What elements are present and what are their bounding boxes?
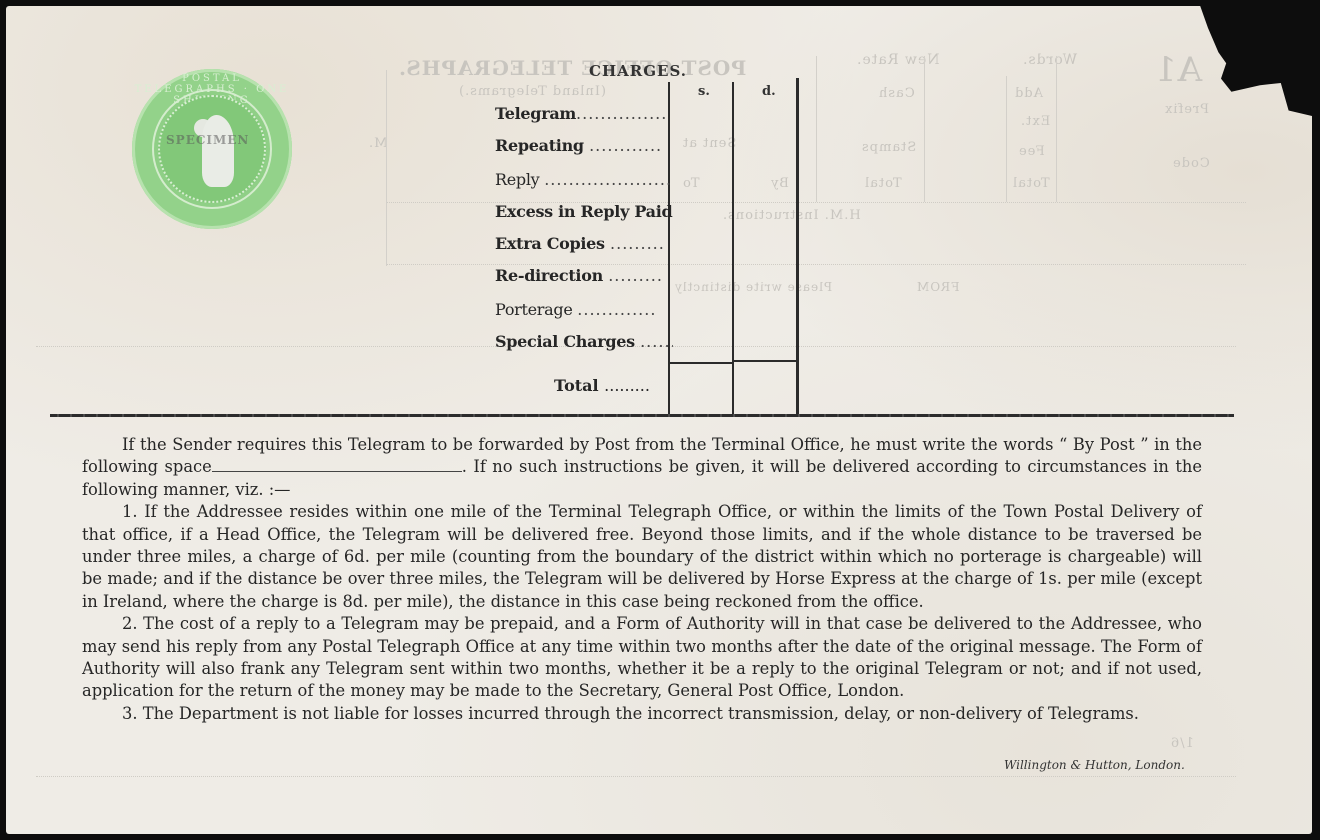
- instructions-para-2: 2. The cost of a reply to a Telegram may…: [82, 613, 1202, 703]
- printer-imprint: Willington & Hutton, London.: [1004, 758, 1185, 772]
- ghost-dotted-line: [386, 264, 1246, 265]
- ghost-m: M.: [368, 136, 387, 151]
- column-shillings: s.: [698, 84, 710, 99]
- instructions-para-1: 1. If the Addressee resides within one m…: [82, 501, 1202, 613]
- ghost-stamps: Stamps: [861, 140, 916, 155]
- ghost-words: Words.: [1022, 52, 1077, 68]
- charge-row-extra-copies: Extra Copies .........: [495, 234, 673, 253]
- queen-head-icon: [202, 115, 234, 187]
- ghost-total-2: Total: [1012, 176, 1050, 191]
- instructions-intro: If the Sender requires this Telegram to …: [82, 434, 1202, 501]
- column-pence: d.: [762, 84, 776, 99]
- table-rule: [796, 78, 799, 414]
- charge-row-porterage: Porterage .............: [495, 300, 673, 319]
- charge-row-telegram: Telegram...............: [495, 104, 673, 123]
- charges-title: CHARGES.: [589, 62, 687, 80]
- instructions-para-3: 3. The Department is not liable for loss…: [82, 703, 1202, 725]
- charge-row-repeating: Repeating ............: [495, 136, 673, 155]
- charge-row-total: Total .........: [554, 376, 650, 395]
- ghost-dotted-line: [36, 776, 1236, 777]
- ghost-vline: [816, 56, 817, 202]
- ghost-vline: [1056, 56, 1057, 202]
- ghost-total-1: Total: [864, 176, 902, 191]
- ghost-cash: Cash: [878, 86, 915, 101]
- embossed-stamp-icon: POSTAL TELEGRAPHS · ONE SHILLING SPECIME…: [132, 69, 292, 229]
- ghost-new-rate: New Rate.: [856, 52, 940, 68]
- ghost-from: FROM: [916, 280, 960, 294]
- ghost-fee: Fee: [1018, 144, 1045, 159]
- telegram-form-paper: POST OFFICE TELEGRAPHS. (Inland Telegram…: [6, 6, 1312, 834]
- ghost-please-write: Please write distinctly: [674, 280, 832, 294]
- ghost-instructions: H.M. Instructions.: [722, 208, 861, 223]
- ghost-to: To: [682, 176, 700, 191]
- ghost-a1: A1: [1154, 50, 1202, 90]
- ghost-price: 1/6: [1170, 736, 1194, 751]
- ghost-code: Code: [1172, 156, 1210, 171]
- ghost-vline: [924, 56, 925, 202]
- ghost-header: POST OFFICE TELEGRAPHS.: [398, 56, 746, 80]
- total-rule: [734, 360, 796, 362]
- table-rule: [732, 82, 734, 414]
- by-post-blank-field[interactable]: [212, 459, 462, 472]
- stamp-overprint: SPECIMEN: [166, 133, 249, 147]
- ghost-prefix: Prefix: [1164, 102, 1209, 117]
- total-rule: [670, 362, 732, 364]
- ghost-vline: [386, 70, 387, 266]
- ghost-add: Add: [1014, 86, 1043, 101]
- charge-row-re-direction: Re-direction .........: [495, 266, 673, 285]
- stamp-medallion: [158, 95, 266, 203]
- charge-row-excess-reply-paid: Excess in Reply Paid: [495, 202, 673, 221]
- charge-row-special-charges: Special Charges ......: [495, 332, 673, 351]
- charge-row-reply: Reply .....................: [495, 170, 673, 189]
- ghost-vline: [1006, 76, 1007, 202]
- instructions-block: If the Sender requires this Telegram to …: [82, 434, 1202, 725]
- ghost-ext: Ext.: [1020, 114, 1050, 129]
- ghost-sent-at: Sent at: [682, 136, 736, 151]
- ghost-subheader: (Inland Telegrams.): [458, 84, 606, 99]
- ghost-by: By: [770, 176, 789, 191]
- section-divider: [50, 414, 1234, 417]
